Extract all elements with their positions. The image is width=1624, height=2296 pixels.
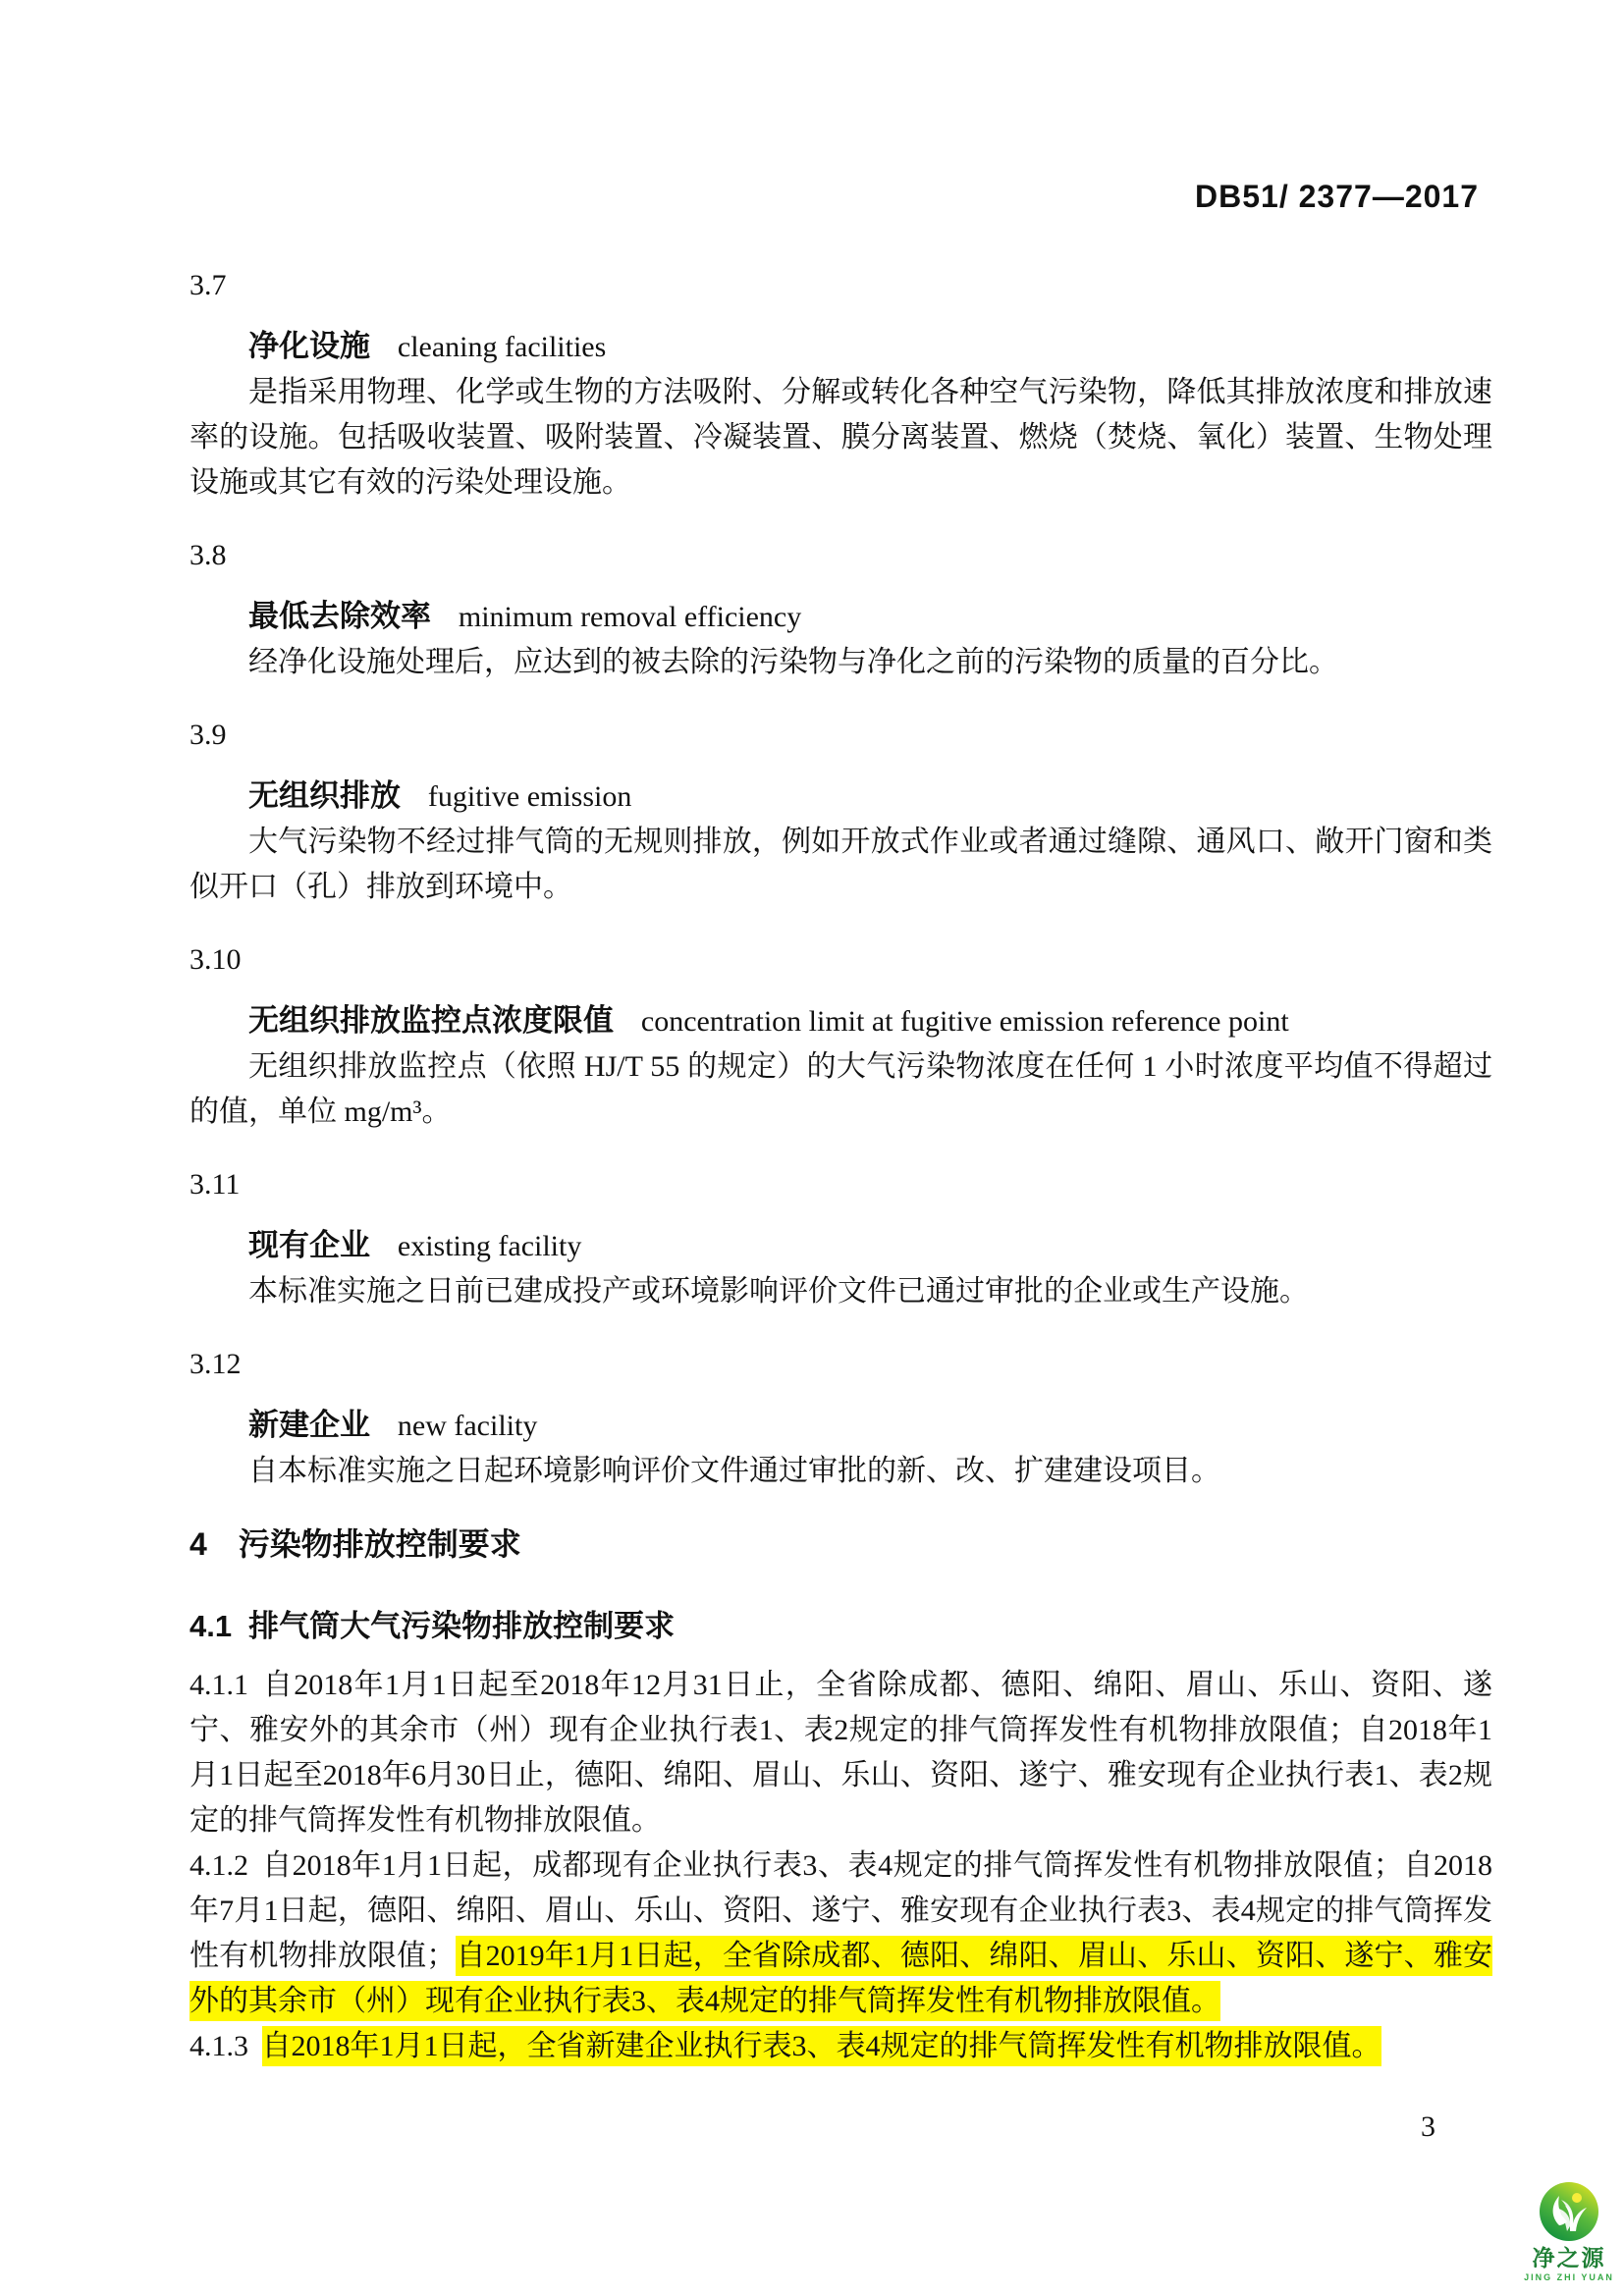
page-number: 3: [1421, 2110, 1435, 2144]
term-chinese: 无组织排放监控点浓度限值: [248, 1003, 614, 1038]
logo-name-cn: 净之源: [1520, 2247, 1618, 2269]
definition-number: 3.8: [189, 533, 1492, 578]
term-english: fugitive emission: [428, 780, 631, 813]
term-english: new facility: [398, 1410, 537, 1442]
definition-body: 本标准实施之日前已建成投产或环境影响评价文件已通过审批的企业或生产设施。: [189, 1269, 1492, 1314]
clause-list: 4.1.1自2018年1月1日起至2018年12月31日止，全省除成都、德阳、绵…: [189, 1663, 1492, 2069]
term-chinese: 新建企业: [248, 1408, 370, 1442]
clause-number: 4.1.1: [189, 1669, 248, 1701]
section-title: 排气筒大气污染物排放控制要求: [248, 1609, 675, 1643]
term-english: cleaning facilities: [398, 331, 606, 363]
definition-3-10: 3.10 无组织排放监控点浓度限值concentration limit at …: [189, 937, 1492, 1135]
highlighted-text: 自2018年1月1日起，全省新建企业执行表3、表4规定的排气筒挥发性有机物排放限…: [262, 2026, 1381, 2066]
definition-body: 经净化设施处理后，应达到的被去除的污染物与净化之前的污染物的质量的百分比。: [189, 640, 1492, 685]
definition-number: 3.11: [189, 1162, 1492, 1207]
definition-number: 3.9: [189, 713, 1492, 758]
definition-number: 3.10: [189, 937, 1492, 983]
definition-term: 新建企业new facility: [248, 1403, 1492, 1449]
definition-body: 自本标准实施之日起环境影响评价文件通过审批的新、改、扩建建设项目。: [189, 1449, 1492, 1494]
logo-mark-icon: [1538, 2180, 1600, 2243]
term-chinese: 净化设施: [248, 329, 370, 363]
definition-body: 是指采用物理、化学或生物的方法吸附、分解或转化各种空气污染物，降低其排放浓度和排…: [189, 370, 1492, 506]
definition-number: 3.12: [189, 1342, 1492, 1387]
definition-3-12: 3.12 新建企业new facility 自本标准实施之日起环境影响评价文件通…: [189, 1342, 1492, 1494]
definition-3-11: 3.11 现有企业existing facility 本标准实施之日前已建成投产…: [189, 1162, 1492, 1314]
standard-code: DB51/ 2377—2017: [1195, 179, 1479, 215]
term-chinese: 无组织排放: [248, 778, 401, 813]
definition-3-7: 3.7 净化设施cleaning facilities 是指采用物理、化学或生物…: [189, 263, 1492, 506]
definition-body: 大气污染物不经过排气筒的无规则排放，例如开放式作业或者通过缝隙、通风口、敞开门窗…: [189, 820, 1492, 910]
clause-4-1-3: 4.1.3自2018年1月1日起，全省新建企业执行表3、表4规定的排气筒挥发性有…: [189, 2024, 1492, 2069]
term-english: concentration limit at fugitive emission…: [641, 1005, 1289, 1038]
definition-3-8: 3.8 最低去除效率minimum removal efficiency 经净化…: [189, 533, 1492, 685]
definition-term: 无组织排放fugitive emission: [248, 774, 1492, 820]
clause-number: 4.1.2: [189, 1849, 248, 1882]
clause-number: 4.1.3: [189, 2030, 248, 2062]
definition-term: 现有企业existing facility: [248, 1223, 1492, 1269]
term-chinese: 最低去除效率: [248, 599, 431, 633]
definition-3-9: 3.9 无组织排放fugitive emission 大气污染物不经过排气筒的无…: [189, 713, 1492, 910]
clause-4-1-2: 4.1.2自2018年1月1日起，成都现有企业执行表3、表4规定的排气筒挥发性有…: [189, 1843, 1492, 2024]
definition-number: 3.7: [189, 263, 1492, 308]
chapter-title: 污染物排放控制要求: [239, 1526, 521, 1562]
page-content: 3.7 净化设施cleaning facilities 是指采用物理、化学或生物…: [189, 263, 1492, 2069]
definition-body: 无组织排放监控点（依照 HJ/T 55 的规定）的大气污染物浓度在任何 1 小时…: [189, 1044, 1492, 1135]
definition-term: 最低去除效率minimum removal efficiency: [248, 594, 1492, 640]
section-heading-4-1: 4.1排气筒大气污染物排放控制要求: [189, 1604, 1492, 1649]
term-english: minimum removal efficiency: [459, 601, 801, 633]
chapter-number: 4: [189, 1526, 207, 1562]
term-chinese: 现有企业: [248, 1228, 370, 1262]
definition-term: 无组织排放监控点浓度限值concentration limit at fugit…: [248, 998, 1492, 1044]
section-number: 4.1: [189, 1609, 232, 1643]
clause-text: 自2018年1月1日起至2018年12月31日止，全省除成都、德阳、绵阳、眉山、…: [189, 1669, 1492, 1837]
definition-term: 净化设施cleaning facilities: [248, 324, 1492, 370]
chapter-heading: 4污染物排放控制要求: [189, 1522, 1492, 1567]
document-page: DB51/ 2377—2017 3.7 净化设施cleaning facilit…: [0, 0, 1624, 2296]
company-logo: 净之源 JING ZHI YUAN: [1520, 2180, 1618, 2282]
clause-4-1-1: 4.1.1自2018年1月1日起至2018年12月31日止，全省除成都、德阳、绵…: [189, 1663, 1492, 1843]
term-english: existing facility: [398, 1230, 581, 1262]
logo-name-en: JING ZHI YUAN: [1520, 2273, 1618, 2282]
